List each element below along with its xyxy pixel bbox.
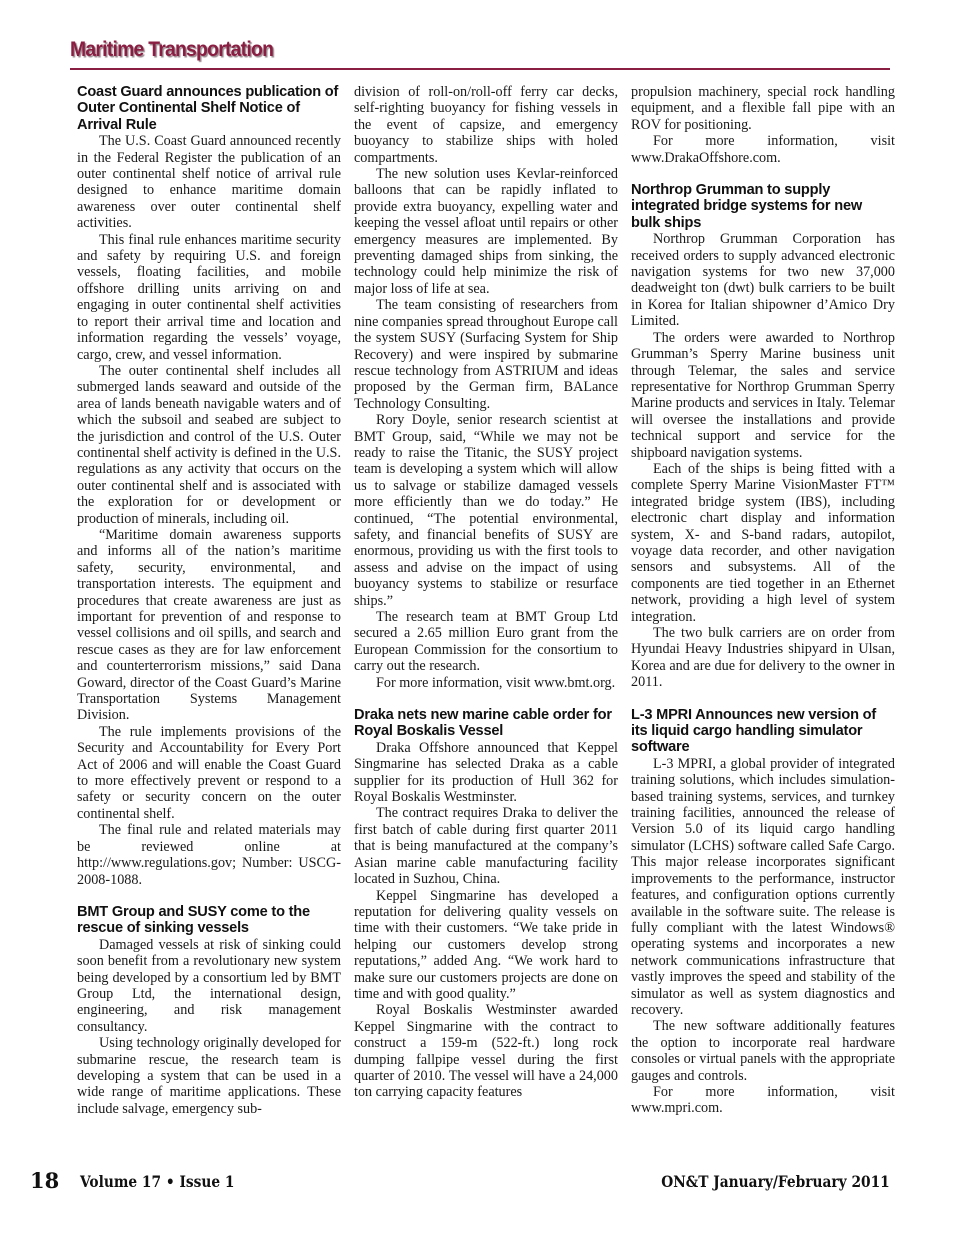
paragraph: The contract requires Draka to deliver t… bbox=[354, 805, 618, 887]
section-title: Maritime Transportation bbox=[70, 38, 273, 62]
paragraph: The new solution uses Kevlar-reinforced … bbox=[354, 166, 618, 297]
paragraph: Using technology originally developed fo… bbox=[77, 1035, 341, 1117]
paragraph: Royal Boskalis Westminster awarded Keppe… bbox=[354, 1002, 618, 1100]
paragraph: This final rule enhances maritime securi… bbox=[77, 232, 341, 363]
paragraph-link: For more information, visit www.DrakaOff… bbox=[631, 133, 895, 166]
headline-l3-mpri: L-3 MPRI Announces new version of its li… bbox=[631, 707, 895, 756]
paragraph: The outer continental shelf includes all… bbox=[77, 363, 341, 527]
paragraph: Draka Offshore announced that Keppel Sin… bbox=[354, 740, 618, 806]
issue-label: Volume 17 • Issue 1 bbox=[80, 1172, 235, 1191]
article-column-1: Coast Guard announces publication of Out… bbox=[77, 84, 341, 1117]
paragraph-continued: division of roll-on/roll-off ferry car d… bbox=[354, 84, 618, 166]
paragraph: The U.S. Coast Guard announced recently … bbox=[77, 133, 341, 231]
page-number: 18 bbox=[30, 1168, 59, 1193]
paragraph: Keppel Singmarine has developed a reputa… bbox=[354, 888, 618, 1003]
article-column-2: division of roll-on/roll-off ferry car d… bbox=[354, 84, 618, 1101]
headline-northrop-grumman: Northrop Grumman to supply integrated br… bbox=[631, 182, 895, 231]
paragraph: “Maritime domain awareness supports and … bbox=[77, 527, 341, 724]
headline-bmt-susy: BMT Group and SUSY come to the rescue of… bbox=[77, 904, 341, 937]
paragraph: The team consisting of researchers from … bbox=[354, 297, 618, 412]
section-divider bbox=[70, 68, 890, 70]
paragraph-continued: propulsion machinery, special rock handl… bbox=[631, 84, 895, 133]
headline-coast-guard: Coast Guard announces publication of Out… bbox=[77, 84, 341, 133]
article-column-3: propulsion machinery, special rock handl… bbox=[631, 84, 895, 1117]
paragraph-link: For more information, visit www.mpri.com… bbox=[631, 1084, 895, 1117]
paragraph: Each of the ships is being fitted with a… bbox=[631, 461, 895, 625]
paragraph: L-3 MPRI, a global provider of integrate… bbox=[631, 756, 895, 1019]
paragraph-link: For more information, visit www.bmt.org. bbox=[354, 675, 618, 691]
paragraph: The research team at BMT Group Ltd secur… bbox=[354, 609, 618, 675]
paragraph: The rule implements provisions of the Se… bbox=[77, 724, 341, 822]
paragraph: Northrop Grumman Corporation has receive… bbox=[631, 231, 895, 329]
paragraph: The new software additionally features t… bbox=[631, 1018, 895, 1084]
paragraph: The final rule and related materials may… bbox=[77, 822, 341, 888]
paragraph: The two bulk carriers are on order from … bbox=[631, 625, 895, 691]
paragraph: Damaged vessels at risk of sinking could… bbox=[77, 937, 341, 1035]
paragraph: The orders were awarded to Northrop Grum… bbox=[631, 330, 895, 461]
paragraph: Rory Doyle, senior research scientist at… bbox=[354, 412, 618, 609]
publication-date: ON&T January/February 2011 bbox=[661, 1172, 890, 1191]
headline-draka: Draka nets new marine cable order for Ro… bbox=[354, 707, 618, 740]
